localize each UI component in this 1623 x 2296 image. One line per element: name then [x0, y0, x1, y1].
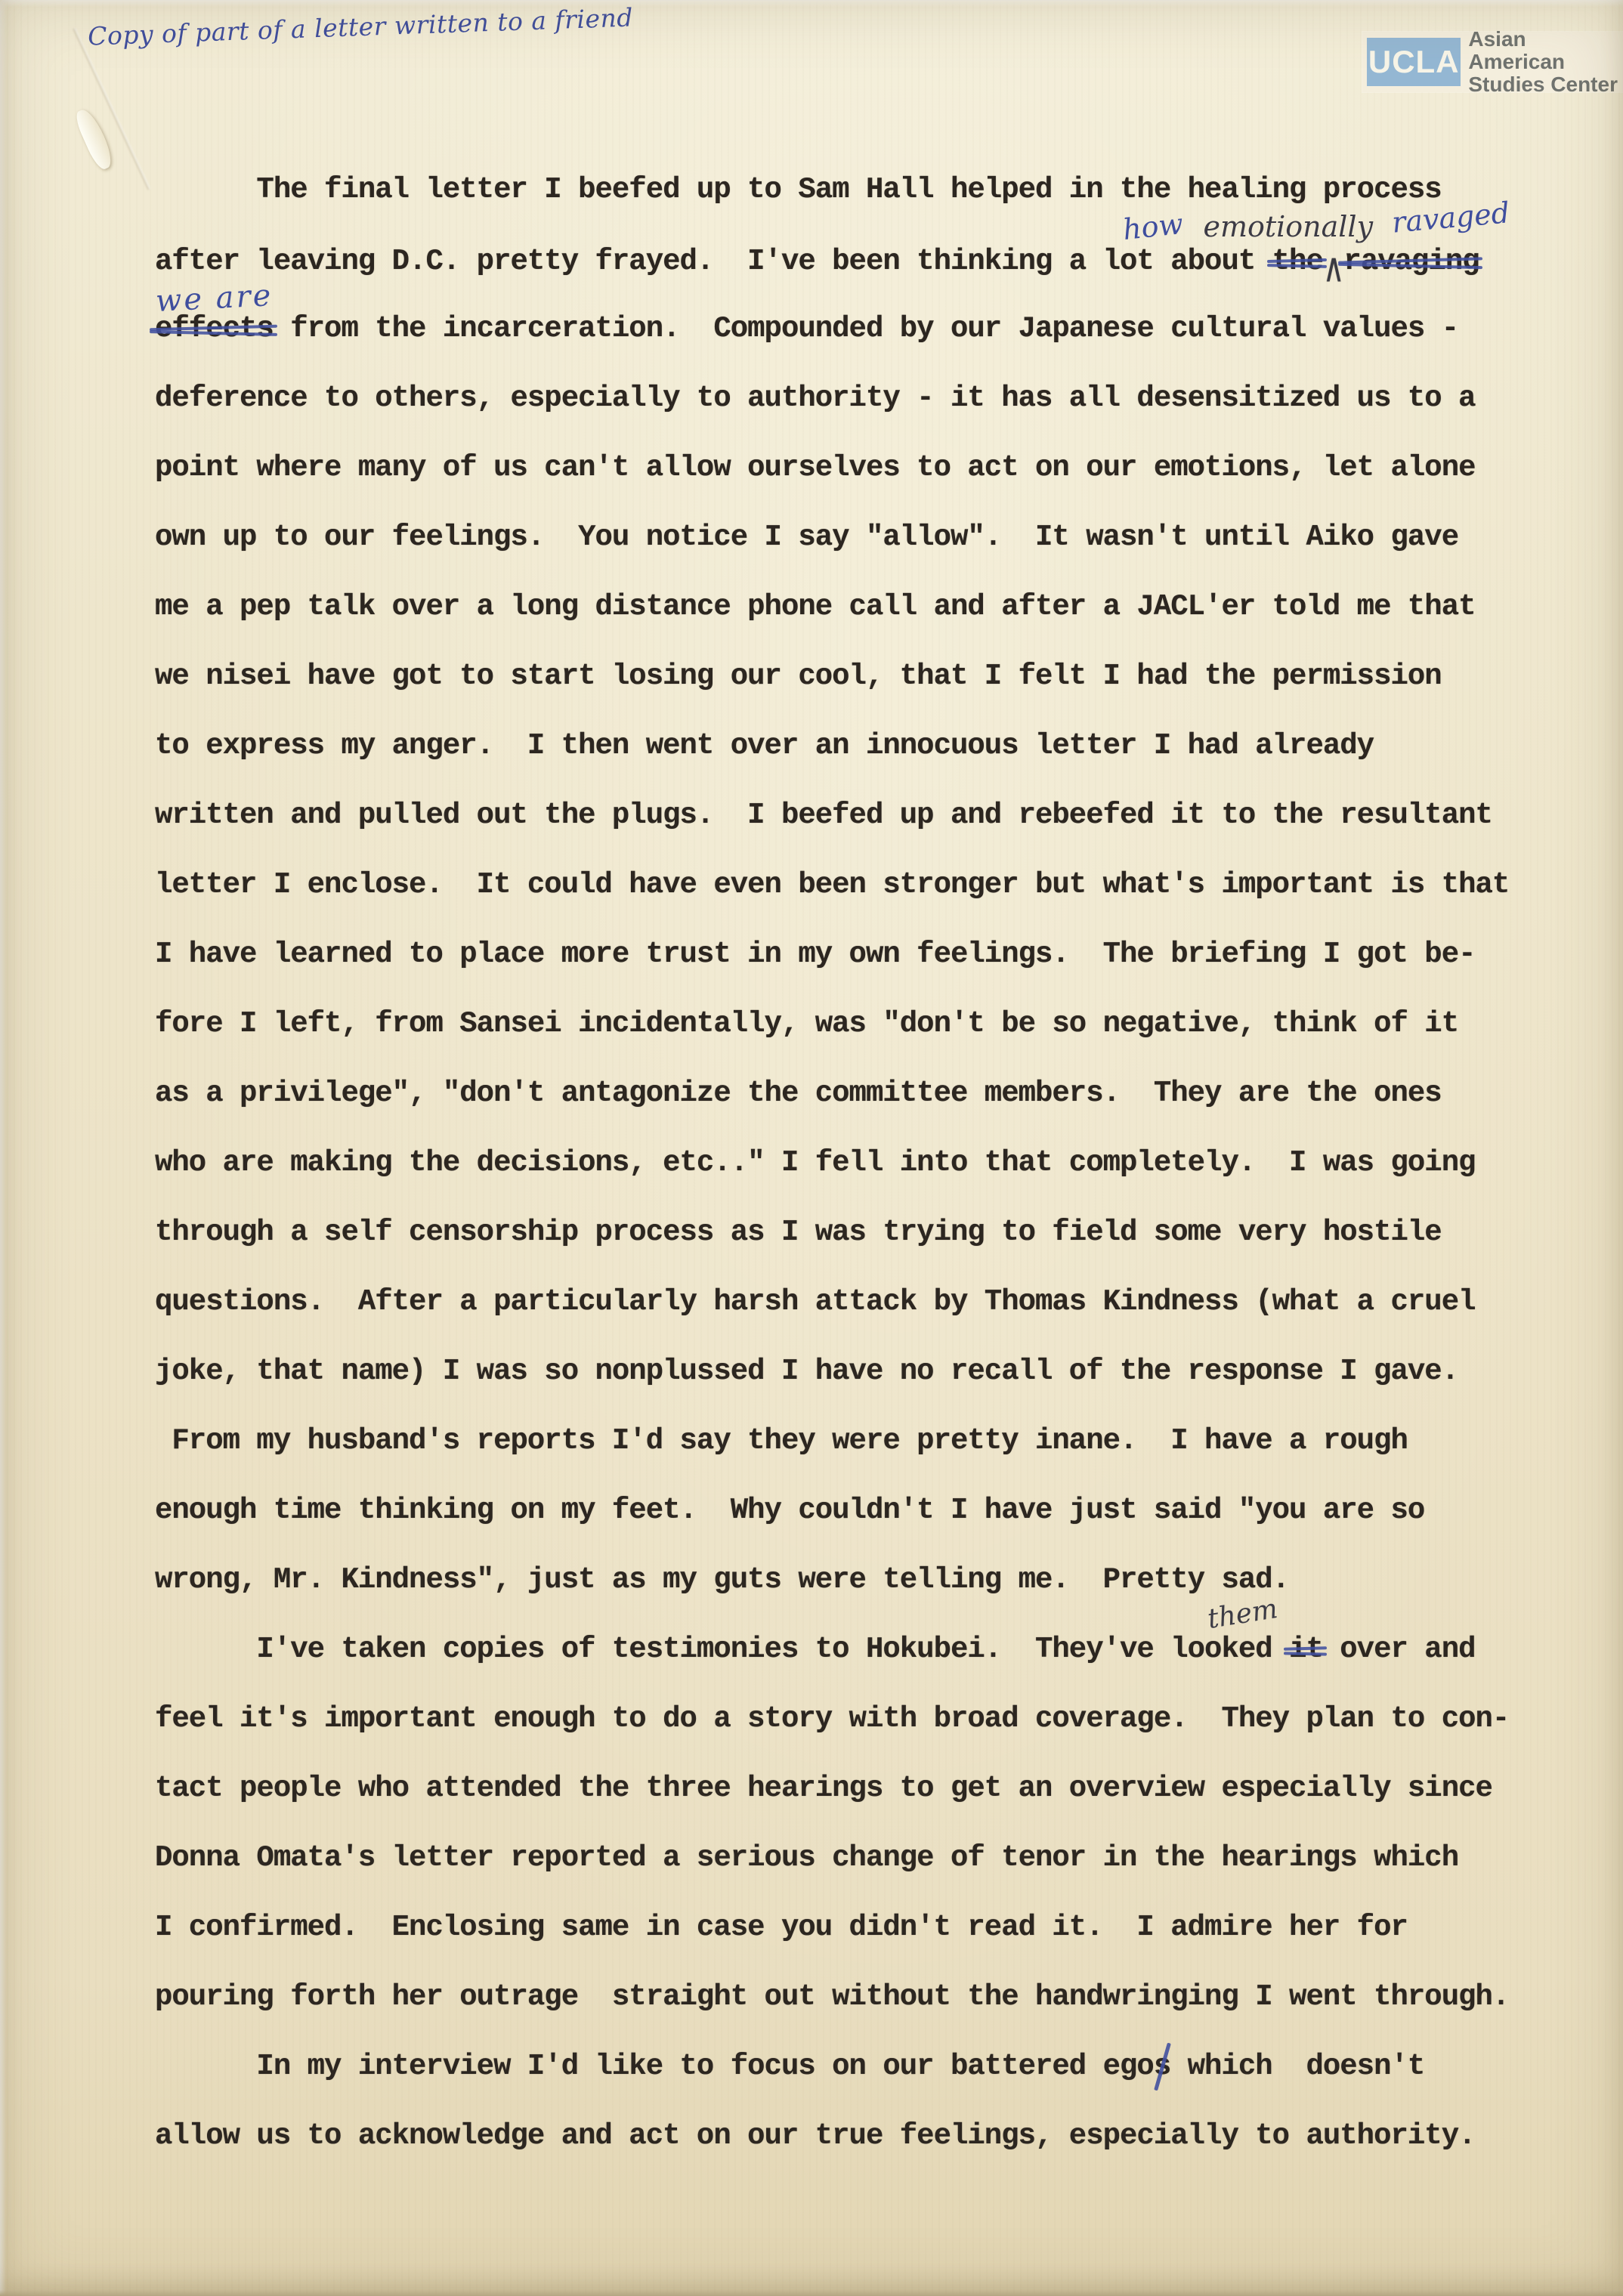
typed-text: I have learned to place more trust in my…	[155, 938, 1476, 971]
typed-text: to express my anger. I then went over an…	[155, 729, 1374, 762]
typed-line: as a privilege", "don't antagonize the c…	[155, 1079, 1442, 1108]
typed-text: pouring forth her outrage straight out w…	[155, 1980, 1509, 2013]
scan-edge-left	[0, 0, 6, 2296]
typed-line: wrong, Mr. Kindness", just as my guts we…	[155, 1565, 1289, 1595]
typed-line: allow us to acknowledge and act on our t…	[155, 2121, 1476, 2151]
typed-line: From my husband's reports I'd say they w…	[155, 1426, 1408, 1456]
typed-line: enough time thinking on my feet. Why cou…	[155, 1496, 1424, 1525]
caret-segment: ∧	[1323, 249, 1344, 289]
typed-text: joke, that name) I was so nonplussed I h…	[155, 1355, 1458, 1388]
typed-text: deference to others, especially to autho…	[155, 382, 1476, 415]
typed-text: own up to our feelings. You notice I say…	[155, 521, 1458, 554]
typed-text: me a pep talk over a long distance phone…	[155, 590, 1476, 623]
typed-line: written and pulled out the plugs. I beef…	[155, 801, 1492, 830]
handwritten-insertion-we-are: we are	[155, 278, 274, 319]
typed-text: which doesn't	[1170, 2050, 1424, 2083]
typed-line: questions. After a particularly harsh at…	[155, 1287, 1476, 1317]
typed-text: after leaving D.C. pretty frayed. I've b…	[155, 245, 1272, 278]
typed-text: questions. After a particularly harsh at…	[155, 1285, 1476, 1318]
typed-text: over and	[1323, 1633, 1476, 1666]
strike-segment: ravaging	[1343, 245, 1479, 278]
typed-text: allow us to acknowledge and act on our t…	[155, 2119, 1476, 2152]
typed-line: fore I left, from Sansei incidentally, w…	[155, 1009, 1458, 1039]
slash-segment: s	[1154, 2050, 1170, 2083]
scan-edge-top	[0, 0, 1623, 7]
typed-line: feel it's important enough to do a story…	[155, 1704, 1509, 1734]
typed-text: enough time thinking on my feet. Why cou…	[155, 1494, 1424, 1527]
typed-text: fore I left, from Sansei incidentally, w…	[155, 1007, 1458, 1040]
typed-line: I confirmed. Enclosing same in case you …	[155, 1913, 1408, 1942]
typed-text: In my interview I'd like to focus on our…	[155, 2050, 1154, 2083]
typed-line: Donna Omata's letter reported a serious …	[155, 1843, 1458, 1873]
typed-text: I've taken copies of testimonies to Hoku…	[155, 1633, 1289, 1666]
typed-line: to express my anger. I then went over an…	[155, 731, 1374, 761]
typed-text: I confirmed. Enclosing same in case you …	[155, 1911, 1408, 1944]
typed-line: effects from the incarceration. Compound…	[155, 314, 1458, 344]
typed-text: wrong, Mr. Kindness", just as my guts we…	[155, 1563, 1289, 1596]
typed-line: point where many of us can't allow ourse…	[155, 453, 1476, 483]
letter-body: The final letter I beefed up to Sam Hall…	[0, 0, 1623, 2296]
typed-line: joke, that name) I was so nonplussed I h…	[155, 1357, 1458, 1386]
typed-text: from the incarceration. Compounded by ou…	[274, 312, 1458, 345]
typed-text: written and pulled out the plugs. I beef…	[155, 799, 1492, 832]
typed-text: point where many of us can't allow ourse…	[155, 451, 1476, 484]
typed-text: From my husband's reports I'd say they w…	[155, 1424, 1408, 1457]
strike-segment: it	[1289, 1633, 1323, 1666]
strike-segment: the	[1272, 245, 1323, 278]
typed-line: pouring forth her outrage straight out w…	[155, 1982, 1509, 2012]
typed-text: we nisei have got to start losing our co…	[155, 660, 1442, 693]
typed-line: own up to our feelings. You notice I say…	[155, 523, 1458, 552]
handwritten-word-how: how	[1121, 207, 1185, 246]
typed-line: tact people who attended the three heari…	[155, 1774, 1492, 1803]
typed-line: who are making the decisions, etc.." I f…	[155, 1148, 1476, 1178]
scan-edge-bottom	[0, 2290, 1623, 2296]
typed-text: through a self censorship process as I w…	[155, 1216, 1442, 1249]
handwritten-word-emotionally: emotionally	[1203, 210, 1373, 243]
typed-text: as a privilege", "don't antagonize the c…	[155, 1077, 1442, 1110]
typed-line: letter I enclose. It could have even bee…	[155, 870, 1509, 900]
typed-line: deference to others, especially to autho…	[155, 384, 1476, 413]
typed-line: we nisei have got to start losing our co…	[155, 662, 1442, 691]
typed-line: I've taken copies of testimonies to Hoku…	[155, 1635, 1476, 1664]
typed-line: after leaving D.C. pretty frayed. I've b…	[155, 245, 1479, 277]
typed-line: In my interview I'd like to focus on our…	[155, 2052, 1424, 2081]
typed-text: who are making the decisions, etc.." I f…	[155, 1146, 1476, 1179]
typed-text: feel it's important enough to do a story…	[155, 1702, 1509, 1735]
scanned-letter-page: Copy of part of a letter written to a fr…	[0, 0, 1623, 2296]
typed-text: The final letter I beefed up to Sam Hall…	[155, 173, 1442, 206]
typed-line: The final letter I beefed up to Sam Hall…	[155, 175, 1442, 205]
typed-text: tact people who attended the three heari…	[155, 1772, 1492, 1805]
handwritten-insertion-line2: how emotionally ravaged	[1123, 210, 1510, 244]
typed-text: letter I enclose. It could have even bee…	[155, 868, 1509, 901]
typed-line: I have learned to place more trust in my…	[155, 940, 1476, 969]
typed-text: Donna Omata's letter reported a serious …	[155, 1841, 1458, 1874]
typed-line: me a pep talk over a long distance phone…	[155, 592, 1476, 622]
typed-line: through a self censorship process as I w…	[155, 1218, 1442, 1247]
